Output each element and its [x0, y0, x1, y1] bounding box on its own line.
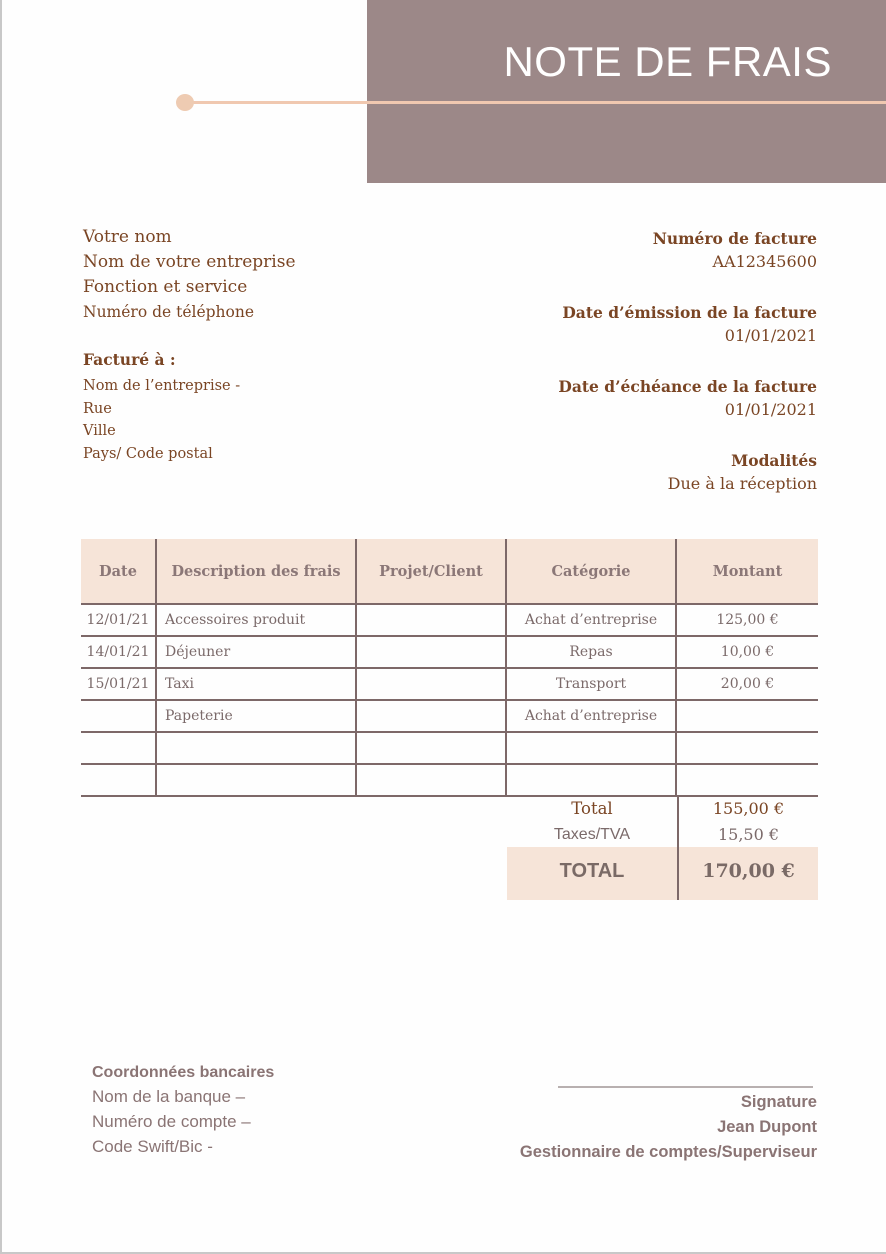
signature-label: Signature — [520, 1090, 817, 1115]
decorative-line — [186, 101, 886, 104]
subtotal-row: Total 155,00 € — [507, 795, 818, 823]
bill-to-city: Ville — [83, 420, 240, 443]
signature-line — [558, 1086, 813, 1088]
decorative-dot-icon — [176, 94, 194, 111]
tax-value: 15,50 € — [677, 823, 818, 847]
cell-date: 15/01/21 — [81, 668, 156, 700]
cell-project-client — [356, 604, 506, 636]
bill-to-country-zip: Pays/ Code postal — [83, 443, 240, 466]
invoice-number-value: AA12345600 — [558, 250, 817, 274]
cell-description: Déjeuner — [156, 636, 356, 668]
cell-amount: 10,00 € — [676, 636, 818, 668]
cell-category: Repas — [506, 636, 676, 668]
cell-description — [156, 764, 356, 796]
tax-row: Taxes/TVA 15,50 € — [507, 823, 818, 847]
bank-swift: Code Swift/Bic - — [92, 1134, 274, 1159]
cell-date — [81, 764, 156, 796]
cell-project-client — [356, 668, 506, 700]
sender-role: Fonction et service — [83, 275, 296, 300]
cell-date — [81, 700, 156, 732]
sender-info: Votre nom Nom de votre entreprise Foncti… — [83, 225, 296, 325]
cell-amount: 20,00 € — [676, 668, 818, 700]
expenses-table: Date Description des frais Projet/Client… — [81, 539, 818, 797]
subtotal-value: 155,00 € — [677, 795, 818, 823]
sender-phone: Numéro de téléphone — [83, 300, 296, 325]
invoice-info: Numéro de facture AA12345600 Date d’émis… — [558, 228, 817, 524]
cell-project-client — [356, 700, 506, 732]
table-row: 14/01/21DéjeunerRepas10,00 € — [81, 636, 818, 668]
bill-to-title: Facturé à : — [83, 350, 176, 369]
tax-label: Taxes/TVA — [507, 823, 677, 847]
due-date-label: Date d’échéance de la facture — [558, 376, 817, 398]
header-band — [367, 0, 886, 183]
cell-category: Achat d’entreprise — [506, 604, 676, 636]
cell-description — [156, 732, 356, 764]
sender-company: Nom de votre entreprise — [83, 250, 296, 275]
cell-amount — [676, 700, 818, 732]
due-date-value: 01/01/2021 — [558, 398, 817, 422]
bank-name: Nom de la banque – — [92, 1084, 274, 1109]
table-header-row: Date Description des frais Projet/Client… — [81, 539, 818, 604]
bill-to-address: Nom de l’entreprise - Rue Ville Pays/ Co… — [83, 375, 240, 465]
cell-project-client — [356, 732, 506, 764]
cell-category — [506, 732, 676, 764]
terms-label: Modalités — [558, 450, 817, 472]
grand-total-row: TOTAL 170,00 € — [507, 847, 818, 900]
bank-details: Coordonnées bancaires Nom de la banque –… — [92, 1062, 274, 1159]
cell-date: 12/01/21 — [81, 604, 156, 636]
cell-category: Achat d’entreprise — [506, 700, 676, 732]
cell-amount — [676, 764, 818, 796]
terms-value: Due à la réception — [558, 472, 817, 496]
subtotal-label: Total — [507, 795, 677, 823]
header-amount: Montant — [676, 539, 818, 604]
cell-date — [81, 732, 156, 764]
table-row: 12/01/21Accessoires produitAchat d’entre… — [81, 604, 818, 636]
cell-category: Transport — [506, 668, 676, 700]
issue-date-value: 01/01/2021 — [558, 324, 817, 348]
table-row: 15/01/21TaxiTransport20,00 € — [81, 668, 818, 700]
table-row — [81, 732, 818, 764]
table-row — [81, 764, 818, 796]
bill-to-street: Rue — [83, 398, 240, 421]
signer-name: Jean Dupont — [520, 1115, 817, 1140]
cell-description: Accessoires produit — [156, 604, 356, 636]
cell-description: Taxi — [156, 668, 356, 700]
cell-amount — [676, 732, 818, 764]
cell-description: Papeterie — [156, 700, 356, 732]
cell-date: 14/01/21 — [81, 636, 156, 668]
cell-project-client — [356, 636, 506, 668]
grand-total-label: TOTAL — [507, 847, 677, 900]
bank-account: Numéro de compte – — [92, 1109, 274, 1134]
cell-amount: 125,00 € — [676, 604, 818, 636]
invoice-number-label: Numéro de facture — [558, 228, 817, 250]
bill-to-company: Nom de l’entreprise - — [83, 375, 240, 398]
header-category: Catégorie — [506, 539, 676, 604]
document-title: NOTE DE FRAIS — [367, 38, 832, 86]
grand-total-value: 170,00 € — [677, 847, 818, 900]
signature-block: Signature Jean Dupont Gestionnaire de co… — [520, 1090, 817, 1165]
signer-role: Gestionnaire de comptes/Superviseur — [520, 1140, 817, 1165]
header-description: Description des frais — [156, 539, 356, 604]
sender-name: Votre nom — [83, 225, 296, 250]
cell-category — [506, 764, 676, 796]
header-date: Date — [81, 539, 156, 604]
issue-date-label: Date d’émission de la facture — [558, 302, 817, 324]
header-project-client: Projet/Client — [356, 539, 506, 604]
cell-project-client — [356, 764, 506, 796]
table-row: PapeterieAchat d’entreprise — [81, 700, 818, 732]
bank-title: Coordonnées bancaires — [92, 1062, 274, 1084]
expense-report-page: NOTE DE FRAIS Votre nom Nom de votre ent… — [0, 0, 886, 1254]
totals-block: Total 155,00 € Taxes/TVA 15,50 € TOTAL 1… — [507, 795, 818, 900]
